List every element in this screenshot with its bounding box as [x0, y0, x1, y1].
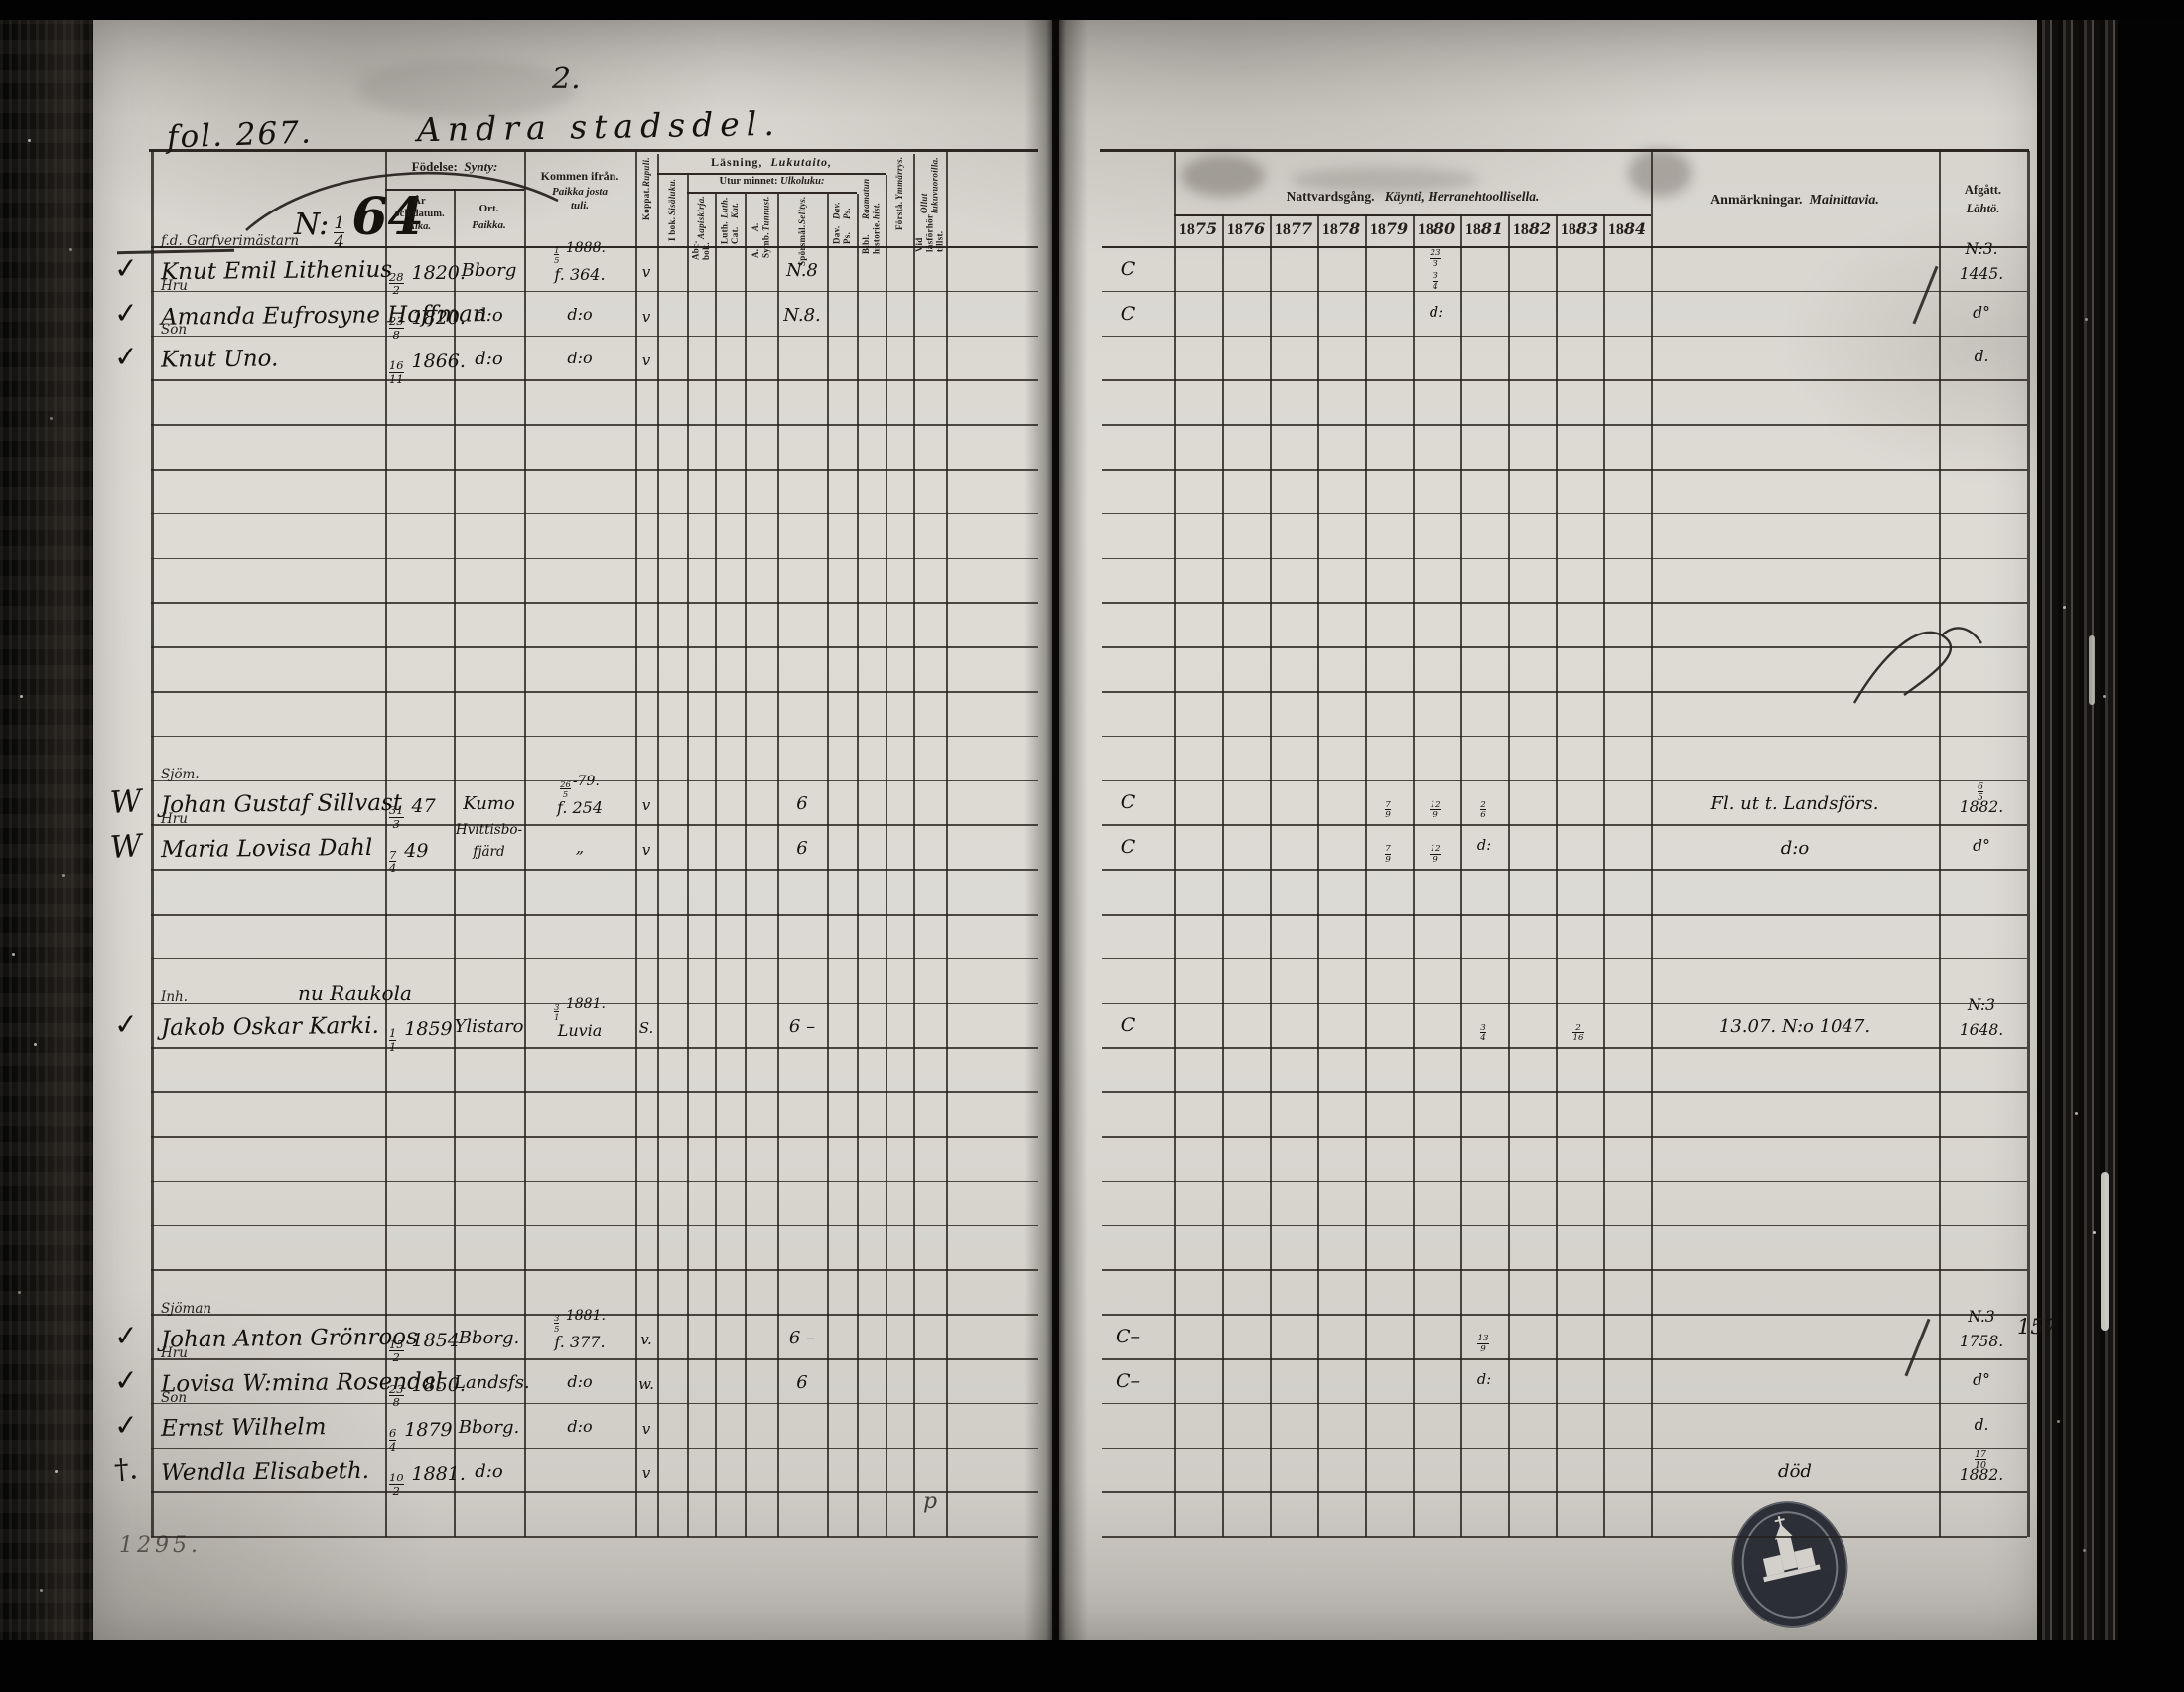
left-row-rule	[151, 1136, 1038, 1138]
entry-birthplace: Bborg	[454, 260, 524, 281]
entry-departure: d°	[1939, 837, 2024, 855]
right-row-rule	[1102, 513, 2027, 515]
entry-vaccination-mark: w.	[633, 1375, 659, 1393]
entry-departure: 1648.	[1939, 1021, 2024, 1039]
entry-vaccination-mark: v	[633, 1464, 659, 1481]
edge-speck	[2075, 1112, 2078, 1115]
communion-date-1879: 79	[1365, 838, 1413, 865]
entry-occupation: Hru	[161, 278, 188, 294]
right-page-edges	[2037, 0, 2118, 1692]
communion-date-1880: d:	[1413, 305, 1460, 321]
right-row-rule	[1102, 1136, 2027, 1138]
entry-occupation: Son	[161, 322, 187, 338]
entry-name: Jakob Oskar Karki.	[161, 1013, 379, 1041]
entry-occupation: Sjöman	[161, 1301, 211, 1317]
entry-communion-mark: C	[1098, 258, 1158, 280]
entry-birthplace: Landsfs.	[454, 1372, 524, 1393]
right-row-rule	[1102, 291, 2027, 293]
year-block-left-rule	[1174, 151, 1176, 1537]
left-row-rule	[151, 602, 1038, 604]
board-speck	[18, 1291, 21, 1294]
left-row-rule	[151, 336, 1038, 338]
entry-occupation: f.d. Garfverimästarn	[161, 233, 299, 249]
left-row-rule	[151, 869, 1038, 871]
column-label-luth-cat: Luth. Cat.Luth. Kat.	[715, 196, 745, 244]
entry-departure: N:3	[1939, 996, 2024, 1014]
board-speck	[69, 248, 72, 251]
right-row-rule	[1102, 914, 2027, 916]
left-column-rule	[687, 175, 689, 1537]
entry-communion-mark: C	[1098, 1014, 1158, 1036]
left-row-rule	[151, 379, 1038, 381]
entry-communion-mark: C–	[1098, 1326, 1158, 1347]
entry-name: Knut Emil Lithenius	[161, 257, 392, 285]
left-row-rule	[151, 824, 1038, 826]
entry-name: Ernst Wilhelm	[161, 1414, 327, 1442]
header-afgatt: Afgått. Lähtö.	[1939, 181, 2027, 218]
right-black-margin	[2118, 0, 2184, 1692]
entry-departure: 1758.	[1939, 1333, 2024, 1350]
left-column-rule	[946, 151, 948, 1537]
entry-remark: död	[1654, 1461, 1936, 1481]
board-speck	[34, 1043, 37, 1046]
right-row-rule	[1102, 646, 2027, 648]
left-row-rule	[151, 1047, 1038, 1049]
left-row-rule	[151, 646, 1038, 648]
entry-vaccination-mark: v	[633, 308, 659, 326]
column-label-a-symb: A. Symb.A. Tunnust.	[745, 196, 777, 244]
left-column-rule	[745, 194, 747, 1537]
board-speck	[12, 953, 15, 956]
entry-vaccination-mark: v.	[633, 1331, 659, 1348]
entry-birthplace: d:o	[454, 349, 524, 369]
left-column-rule	[886, 175, 887, 1537]
right-row-rule	[1102, 1047, 2027, 1049]
column-label-dav-ps: Dav. Ps.Dav. Ps.	[827, 196, 857, 244]
entry-occupation: Son	[161, 1390, 187, 1406]
left-column-rule	[715, 194, 717, 1537]
margin-w-mark: W	[100, 827, 152, 866]
entry-name: Wendla Elisabeth.	[161, 1458, 369, 1485]
right-header-bottom-rule	[1102, 246, 2027, 248]
communion-date-1879: 79	[1365, 793, 1413, 820]
entry-vaccination-mark: v	[633, 841, 659, 859]
right-row-rule	[1102, 1491, 2027, 1493]
entry-arrived-from: d:o	[524, 349, 635, 367]
year-column-rule	[1603, 214, 1605, 1537]
right-page-top-rule	[1100, 149, 2029, 152]
entry-occupation: Sjöm.	[161, 767, 200, 782]
year-header-1878: 1878	[1317, 219, 1365, 239]
entry-vaccination-mark: v	[633, 352, 659, 369]
margin-check-icon: ✓	[100, 1361, 152, 1398]
paper-stain	[357, 60, 576, 119]
edge-speck	[2085, 318, 2088, 321]
communion-date-1881: 26	[1460, 793, 1508, 820]
header-birth-date: År och datum. Aika.	[385, 195, 454, 233]
communion-date-1883: 216	[1556, 1016, 1603, 1043]
communion-date-1881: d:	[1460, 1372, 1508, 1388]
right-row-rule	[1102, 1403, 2027, 1405]
communion-date-1881: 139	[1460, 1328, 1508, 1354]
right-row-rule	[1102, 336, 2027, 338]
pen-flourish	[1843, 604, 1991, 713]
entry-remark: d:o	[1654, 838, 1936, 859]
margin-check-icon: ✓	[100, 1317, 152, 1353]
entry-vaccination-mark: S.	[633, 1019, 659, 1037]
entry-arrived-from: f. 377.	[524, 1333, 635, 1351]
edge-speck	[2063, 606, 2066, 609]
entry-sporsmal-grade: 6	[771, 1372, 833, 1393]
left-row-rule	[151, 1181, 1038, 1183]
left-row-rule	[151, 1491, 1038, 1493]
left-page-top-rule	[149, 149, 1038, 152]
year-header-1879: 1879	[1365, 219, 1413, 239]
entry-birthdate: 152 1854	[389, 1330, 460, 1364]
top-black-bar	[0, 0, 2184, 20]
entry-communion-mark: C	[1098, 303, 1158, 325]
left-row-rule	[151, 1403, 1038, 1405]
right-row-rule	[1102, 424, 2027, 426]
right-row-rule	[1102, 1225, 2027, 1227]
right-row-rule	[1102, 824, 2027, 826]
right-row-rule	[1102, 1091, 2027, 1093]
left-row-rule	[151, 691, 1038, 693]
right-page-outer-rule	[2027, 151, 2030, 1537]
left-book-board	[0, 0, 93, 1692]
right-row-rule	[1102, 691, 2027, 693]
edge-speck	[2103, 695, 2106, 698]
entry-name: Johan Anton Grönroos	[161, 1325, 418, 1353]
entry-birthdate: 11 1859	[389, 1018, 453, 1053]
entry-remark: 13.07. N:o 1047.	[1654, 1016, 1936, 1037]
communion-date-1880: 34	[1413, 265, 1460, 292]
year-header-1881: 1881	[1460, 219, 1508, 239]
left-row-rule	[151, 736, 1038, 738]
margin-check-icon: ✓	[100, 1406, 152, 1443]
right-row-rule	[1102, 469, 2027, 471]
year-column-rule	[1270, 214, 1272, 1537]
column-label-abc-bok: Abc-bok.Aapiskirja.	[687, 196, 715, 244]
column-label-bibl-historie: Bibl. historie.Raamatun hist.	[857, 179, 886, 244]
year-header-1884: 1884	[1603, 219, 1651, 239]
right-row-rule	[1102, 1358, 2027, 1360]
entry-communion-mark: C–	[1098, 1370, 1158, 1392]
left-row-rule	[151, 513, 1038, 515]
entry-name: Maria Lovisa Dahl	[161, 835, 373, 863]
left-row-rule	[151, 424, 1038, 426]
left-row-rule	[151, 1091, 1038, 1093]
entry-sporsmal-grade: N.8	[771, 260, 833, 281]
right-row-rule	[1102, 602, 2027, 604]
entry-sporsmal-grade: 6 –	[771, 1016, 833, 1037]
left-row-rule	[151, 1358, 1038, 1360]
column-label-i-bok: I bok.Sisäluku.	[657, 179, 687, 244]
entry-birthdate: 313 47	[389, 795, 436, 830]
left-row-rule	[151, 1225, 1038, 1227]
entry-arrived-from: f. 364.	[524, 265, 635, 284]
margin-check-icon: ✓	[100, 339, 152, 375]
left-column-rule	[151, 151, 154, 1537]
entry-vaccination-mark: v	[633, 796, 659, 814]
board-speck	[62, 874, 65, 877]
entry-name: Johan Gustaf Sillvast	[161, 790, 402, 819]
year-header-1875: 1875	[1174, 219, 1222, 239]
left-column-rule	[913, 154, 915, 1537]
entry-birthdate: 74 49	[389, 840, 428, 875]
left-row-rule	[151, 1269, 1038, 1271]
anm-column-rule	[1651, 151, 1653, 1537]
right-row-rule	[1102, 736, 2027, 738]
edge-speck	[2057, 1420, 2060, 1423]
edge-speck	[2083, 1549, 2086, 1552]
board-speck	[28, 139, 31, 142]
year-column-rule	[1317, 214, 1319, 1537]
communion-date-1880: 129	[1413, 793, 1460, 820]
header-anmarkningar: Anmärkningar. Mainittavia.	[1654, 193, 1936, 209]
utur-divider-rule	[687, 192, 857, 194]
entry-communion-mark: C	[1098, 836, 1158, 858]
right-row-rule	[1102, 379, 2027, 381]
communion-date-1880: 129	[1413, 838, 1460, 865]
edge-speck	[2093, 1231, 2096, 1234]
left-row-rule	[151, 291, 1038, 293]
right-row-rule	[1102, 1003, 2027, 1005]
lasning-divider-rule	[657, 173, 886, 175]
left-row-rule	[151, 914, 1038, 916]
entry-sporsmal-grade: 6 –	[771, 1328, 833, 1348]
bottom-black-bar	[0, 1640, 2184, 1692]
ink-smudge	[1181, 155, 1265, 197]
left-row-rule	[151, 1448, 1038, 1450]
entry-departure: d°	[1939, 1371, 2024, 1389]
column-label-f-rst: Förstå.Ymmärrys.	[886, 157, 913, 244]
right-row-rule	[1102, 1269, 2027, 1271]
header-birth-place: Ort. Paikka.	[454, 201, 524, 233]
header-fodelse: Födelse: Synty:	[385, 159, 524, 175]
entry-departure: d.	[1939, 348, 2024, 365]
entry-arrived-from: d:o	[524, 1372, 635, 1391]
entry-departure: 1445.	[1939, 265, 2024, 283]
margin-check-icon: ✓	[100, 1006, 152, 1043]
entry-birthplace: d:o	[454, 305, 524, 326]
entry-arrived-from: d:o	[524, 1417, 635, 1436]
entry-birthplace: d:o	[454, 1461, 524, 1481]
entry-sporsmal-grade: 6	[771, 793, 833, 814]
right-row-rule	[1102, 958, 2027, 960]
entry-arrived-from: f. 254	[524, 798, 635, 817]
year-column-rule	[1365, 214, 1367, 1537]
left-row-rule	[151, 469, 1038, 471]
entry-arrived-from: 35 1881.	[524, 1308, 635, 1333]
entry-birthdate: 64 1879	[389, 1419, 453, 1454]
year-column-rule	[1508, 214, 1510, 1537]
year-header-1876: 1876	[1222, 219, 1270, 239]
entry-arrived-from: 15 1888.	[524, 240, 635, 265]
column-label-sp-rsm-l: Spörsmål.Selitys.	[777, 196, 827, 244]
year-column-rule	[1556, 214, 1558, 1537]
entry-occupation: Hru	[161, 1345, 188, 1361]
entry-birthplace: Bborg.	[454, 1328, 524, 1348]
entry-birthplace: Hvittisbo-	[454, 822, 524, 838]
board-speck	[40, 1589, 43, 1592]
right-row-rule	[1102, 1448, 2027, 1450]
header-utur-minnet: Utur minnet: Ulkoluku:	[687, 176, 857, 187]
book-gutter-core	[1052, 20, 1059, 1644]
board-speck	[55, 1470, 58, 1473]
entry-arrived-from: „	[524, 838, 635, 857]
year-column-rule	[1413, 214, 1415, 1537]
right-row-rule	[1102, 1314, 2027, 1316]
left-row-rule	[151, 558, 1038, 560]
entry-occupation: Hru	[161, 811, 188, 827]
entry-arrived-from: 31 1881.	[524, 996, 635, 1021]
column-label-vid-l-sf-rh-r-tillst: Vid läsförhör tillst.Ollut lukuvuoroilla…	[913, 157, 946, 244]
entry-name: Knut Uno.	[161, 347, 279, 373]
left-row-rule	[151, 1536, 1038, 1538]
left-row-rule	[151, 958, 1038, 960]
right-row-rule	[1102, 1181, 2027, 1183]
margin-check-icon: ✓	[100, 294, 152, 331]
entry-occupation-secondary: nu Raukola	[298, 981, 412, 1005]
communion-date-1881: 34	[1460, 1016, 1508, 1043]
edge-white-patch	[2101, 1172, 2109, 1331]
entry-vaccination-mark: v	[633, 1420, 659, 1438]
ink-smudge	[1628, 149, 1692, 197]
year-header-1880: 1880	[1413, 219, 1460, 239]
entry-sporsmal-grade: N.8.	[771, 305, 833, 326]
entry-arrived-from: Luvia	[524, 1021, 635, 1040]
year-header-1882: 1882	[1508, 219, 1556, 239]
entry-arrived-from: d:o	[524, 305, 635, 324]
header-kommen: Kommen ifrån. Paikka josta tuli.	[524, 169, 635, 212]
entry-departure: N:3.	[1939, 240, 2024, 258]
board-speck	[20, 695, 23, 698]
entry-departure: d°	[1939, 304, 2024, 322]
right-row-rule	[1102, 780, 2027, 782]
entry-birthplace: Bborg.	[454, 1417, 524, 1438]
entry-communion-mark: C	[1098, 791, 1158, 813]
header-lasning: Läsning, Lukutaito,	[657, 155, 886, 170]
entry-birthplace: fjärd	[454, 844, 524, 860]
entry-departure: 1882.	[1939, 1466, 2024, 1483]
right-row-rule	[1102, 558, 2027, 560]
entry-departure: N.3	[1939, 1308, 2024, 1326]
column-label-koppat: Koppat.Rupuli.	[635, 157, 657, 244]
communion-date-1881: d:	[1460, 838, 1508, 854]
edge-white-patch	[2089, 635, 2095, 705]
scanned-parish-register: 2. fol. 267. Andra stadsdel. N: 1 4 64 F…	[0, 0, 2184, 1692]
entry-arrived-from: 265-79.	[524, 774, 635, 798]
entry-sporsmal-grade: 6	[771, 838, 833, 859]
margin-w-mark: W	[100, 783, 152, 822]
entry-departure: 1882.	[1939, 798, 2024, 816]
entry-occupation: Inh.	[161, 989, 188, 1005]
entry-birthplace: Ylistaro	[454, 1016, 524, 1037]
ink-smudge	[1291, 167, 1479, 193]
year-column-rule	[1222, 214, 1224, 1537]
entry-vaccination-mark: v	[633, 263, 659, 281]
year-header-1877: 1877	[1270, 219, 1317, 239]
entry-remark: Fl. ut t. Landsförs.	[1654, 793, 1936, 814]
right-row-rule	[1102, 869, 2027, 871]
entry-departure: d.	[1939, 1416, 2024, 1434]
margin-check-icon: ✓	[100, 249, 152, 286]
entry-birthplace: Kumo	[454, 793, 524, 814]
board-speck	[50, 417, 53, 420]
left-column-rule	[857, 194, 859, 1537]
margin-cross-icon: †.	[100, 1451, 152, 1487]
year-header-1883: 1883	[1556, 219, 1603, 239]
right-row-rule	[1102, 1536, 2027, 1538]
